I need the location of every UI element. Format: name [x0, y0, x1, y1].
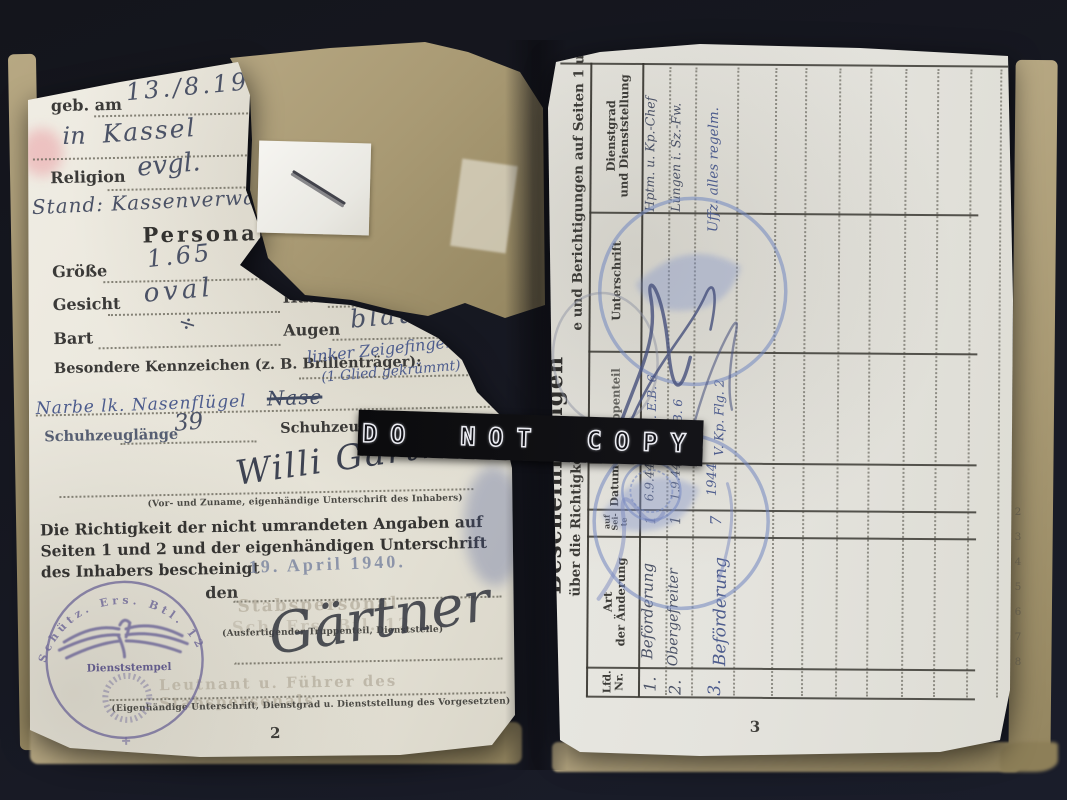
birthplace-label: in [62, 122, 86, 150]
edge-number: 3 [1015, 531, 1022, 543]
entry-3-seite: 7 [707, 516, 725, 526]
officer-signature: Gärtner [264, 569, 495, 669]
beard-label: Bart [53, 328, 93, 348]
col-header-text: und Dienststellung [617, 74, 631, 197]
edge-number: 7 [1015, 631, 1022, 643]
birthdate-value: 13./8.1911 [125, 64, 287, 106]
eyes-label: Augen [283, 320, 340, 340]
edge-number: 5 [1015, 581, 1022, 593]
dotted-column-line [866, 69, 872, 697]
table-border-bottom [586, 696, 975, 700]
hair-value: dkl. blond [341, 264, 464, 300]
birthdate-label: geb. am [51, 95, 122, 115]
eagle-icon [59, 619, 188, 658]
col-header-text: Nr. [614, 670, 626, 693]
stamp-ring-text: Schütz. Ers. Btl. 12 [35, 592, 209, 664]
marks-struck-word: Nase [266, 385, 322, 411]
entry-1-datum: 6.9.44 [642, 463, 656, 501]
col-header-art: Art der Änderung [601, 557, 627, 646]
col-header-text: Lfd. [602, 670, 614, 693]
dotted-column-line [835, 68, 841, 696]
build-label: Gestalt [282, 253, 346, 273]
right-page-title: Bescheinigungen [541, 356, 568, 595]
edge-number: 6 [1015, 606, 1022, 618]
entry-3-nr: 3. [705, 679, 725, 695]
edge-number: 8 [1015, 656, 1022, 668]
photo-of-wehrpass-document: geb. am 13./8.1911 in Kassel Religion ev… [0, 0, 1067, 800]
edge-number: 2 [1015, 506, 1022, 518]
entry-1-seite: 1 [643, 516, 659, 525]
right-page-subtitle-end: e und Berichtigungen auf Seiten 1 und 2 [570, 21, 587, 331]
dotted-column-line [901, 69, 907, 697]
table-line [586, 667, 975, 672]
entry-3-art: Beförderung [710, 557, 731, 666]
dotted-column-line [771, 68, 777, 696]
dotted-column-line [801, 68, 807, 696]
eyes-value: blau [349, 299, 418, 334]
dotted-column-line [691, 67, 697, 695]
entry-2-dienstgrad: Lüngen i. Sz.-Fw. [668, 103, 684, 212]
right-page: Bescheinigungen über die Richtigkeit de … [540, 40, 1018, 765]
round-service-stamp: Schütz. Ers. Btl. 12 Dienststempel [13, 561, 237, 765]
right-page-number: 3 [750, 718, 761, 736]
ink-blot [470, 206, 502, 327]
dotted-line [337, 270, 489, 275]
dotted-column-line [933, 69, 939, 697]
entry-2-nr: 2. [665, 680, 684, 695]
svg-text:Schütz. Ers. Btl. 12: Schütz. Ers. Btl. 12 [35, 592, 209, 664]
col-header-text: te [619, 513, 628, 530]
stamp-label-text: Dienststempel [87, 661, 172, 675]
dotted-column-line [733, 68, 739, 696]
height-label: Größe [52, 261, 107, 281]
religion-label: Religion [50, 167, 126, 187]
photo-corner-pocket [257, 141, 371, 236]
stamp-wreath [105, 675, 150, 720]
religion-value: evgl. [136, 147, 202, 183]
hair-label: Haar [282, 287, 327, 307]
entry-1-dienstgrad: Hptm. u. Kp.-Chef [642, 97, 658, 212]
entry-3-truppenteil: V. Kp. Flg. 2 [711, 379, 727, 456]
dotted-column-line [966, 69, 972, 697]
face-label: Gesicht [53, 294, 121, 314]
col-header-seite: auf Sei- te [603, 513, 628, 530]
table-line [587, 536, 976, 540]
table-line-vertical [586, 63, 592, 697]
entry-3-dienstgrad: Uffz. alles regelm. [705, 107, 722, 232]
table-line [587, 509, 976, 513]
shoe-length-value: 39 [173, 408, 204, 437]
left-page-number: 2 [270, 724, 281, 742]
entry-2-datum: 1.9.44 [668, 462, 682, 500]
birthplace-value: Kassel [102, 113, 198, 149]
entry-2-seite: 1 [668, 516, 684, 525]
col-header-unterschrift: Unterschrift [610, 241, 623, 321]
entry-1-art: Beförderung [638, 563, 657, 659]
dotted-column-line [996, 70, 1002, 698]
table-line [589, 212, 978, 216]
dotted-line [99, 344, 281, 349]
height-value: 1.65 [146, 238, 214, 273]
table-border-top [560, 62, 1008, 67]
col-header-text: der Änderung [614, 557, 627, 646]
col-header-dienstgrad: Dienstgrad und Dienststellung [605, 74, 632, 197]
edge-number: 4 [1015, 556, 1022, 568]
col-header-lfd: Lfd. Nr. [602, 670, 625, 693]
fore-edge-page-index: 2 3 4 5 6 7 8 [1010, 506, 1026, 668]
table-line [588, 351, 977, 355]
face-value: oval [142, 273, 215, 309]
entry-2-art: Obergefreiter [665, 568, 682, 666]
owner-signature-caption: (Vor- und Zuname, eigenhändige Unterschr… [148, 493, 463, 509]
col-header-datum: Datum [609, 465, 622, 506]
entry-1-nr: 1. [640, 676, 659, 691]
entry-3-datum: 1944 [705, 463, 720, 496]
